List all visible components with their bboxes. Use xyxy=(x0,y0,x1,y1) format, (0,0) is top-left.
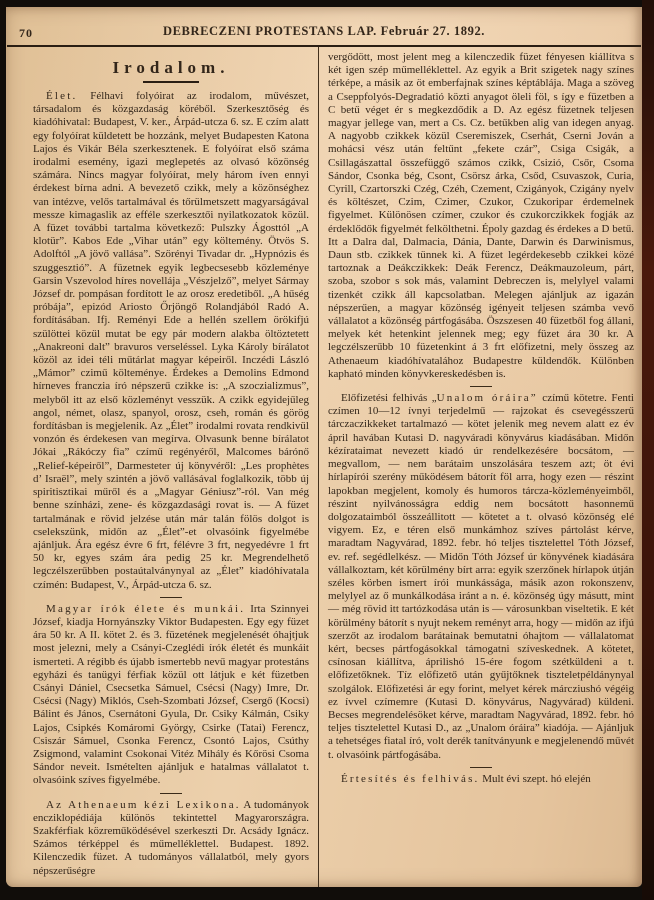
left-column-blocks: Élet. Félhavi folyóirat az irodalom, műv… xyxy=(33,90,309,878)
item-divider xyxy=(470,767,492,768)
article-paragraph: Előfizetési felhivás „Unalom óráira” czí… xyxy=(328,392,634,762)
paragraph-lead: Élet. xyxy=(46,90,77,102)
article-paragraph: Értesítés és felhivás. Mult évi szept. h… xyxy=(328,773,634,786)
article-paragraph: vergődött, most jelent meg a kilenczedik… xyxy=(328,51,634,381)
article-paragraph: Élet. Félhavi folyóirat az irodalom, műv… xyxy=(33,90,309,592)
item-divider xyxy=(160,597,182,598)
right-column-blocks: vergődött, most jelent meg a kilenczedik… xyxy=(328,51,634,786)
paragraph-lead: Az Athenaeum kézi Lexikona. xyxy=(46,799,241,811)
paragraph-lead: Értesítés és felhivás. xyxy=(341,773,480,785)
right-column: vergődött, most jelent meg a kilenczedik… xyxy=(318,47,642,887)
page-header: 70 DEBRECZENI PROTESTANS LAP. Február 27… xyxy=(6,7,642,45)
newspaper-masthead: DEBRECZENI PROTESTANS LAP. Február 27. 1… xyxy=(6,24,642,39)
article-paragraph: Az Athenaeum kézi Lexikona. A tudományok… xyxy=(33,799,309,878)
scan-edge xyxy=(642,0,654,900)
item-divider xyxy=(160,793,182,794)
paragraph-lead: Magyar írók élete és munkái. xyxy=(46,603,245,615)
left-column: Irodalom. Élet. Félhavi folyóirat az iro… xyxy=(6,47,318,887)
section-heading: Irodalom. xyxy=(33,58,309,83)
article-columns: Irodalom. Élet. Félhavi folyóirat az iro… xyxy=(6,47,642,887)
paragraph-lead: Unalom óráira” xyxy=(437,392,538,404)
article-paragraph: Magyar írók élete és munkái. Irta Szinny… xyxy=(33,603,309,788)
item-divider xyxy=(470,386,492,387)
newspaper-page: 70 DEBRECZENI PROTESTANS LAP. Február 27… xyxy=(6,7,642,887)
scanned-page: 70 DEBRECZENI PROTESTANS LAP. Február 27… xyxy=(0,0,654,900)
